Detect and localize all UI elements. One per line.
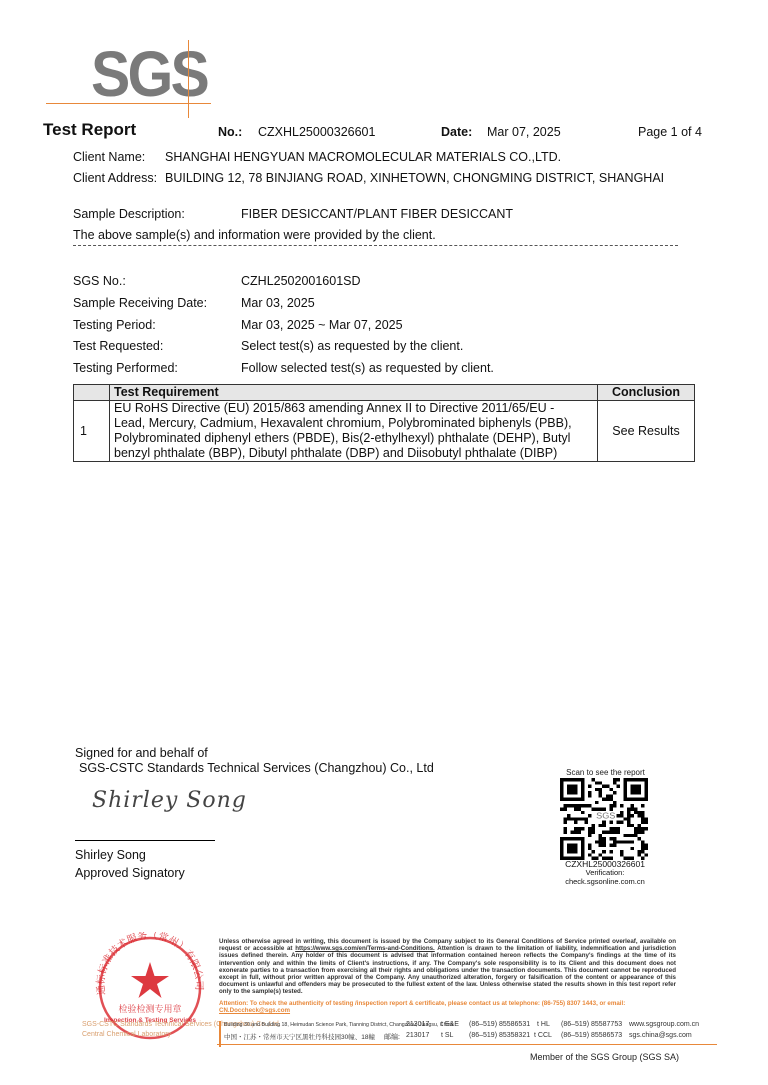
client-name-label: Client Name: [73, 150, 145, 164]
detail-label: Testing Period: [73, 318, 156, 332]
test-requirement-table: Test Requirement Conclusion 1EU RoHS Dir… [73, 384, 695, 462]
detail-label: Sample Receiving Date: [73, 296, 207, 310]
header-test-requirement: Test Requirement [110, 385, 598, 401]
sample-description: FIBER DESICCANT/PLANT FIBER DESICCANT [241, 207, 513, 221]
signatory-name: Shirley Song [75, 848, 146, 862]
detail-label: Testing Performed: [73, 361, 178, 375]
detail-value: Mar 03, 2025 [241, 296, 315, 310]
qr-verification-site[interactable]: check.sgsonline.com.cn [550, 877, 660, 886]
address-row-en: Building 30 and Building 18, Heimudan Sc… [224, 1021, 402, 1028]
detail-value: Mar 03, 2025 ~ Mar 07, 2025 [241, 318, 403, 332]
footer-rule [217, 1044, 717, 1045]
address-row-cn: 中国・江苏・常州市天宁区黑牡丹科技园30幢、18幢 邮编: 213017 t S… [224, 1032, 375, 1041]
legal-disclaimer: Unless otherwise agreed in writing, this… [219, 938, 676, 996]
requirement-line: EU RoHS Directive (EU) 2015/863 amending… [114, 401, 593, 416]
svg-text:SGS: SGS [596, 811, 615, 821]
phone-label-ccl: t CCL [534, 1032, 552, 1039]
sample-provided-note: The above sample(s) and information were… [73, 228, 436, 242]
page-number: Page 1 of 4 [638, 125, 702, 139]
row-number: 1 [74, 401, 110, 462]
signatory-role: Approved Signatory [75, 866, 185, 880]
svg-text:检验检测专用章: 检验检测专用章 [118, 1003, 181, 1015]
handwritten-signature: Shirley Song [92, 788, 247, 813]
phone-number-hl: (86–519) 85587753 [561, 1021, 622, 1028]
phone-number-ee: (86–519) 85586531 [469, 1021, 530, 1028]
terms-link[interactable]: https://www.sgs.com/en/Terms-and-Conditi… [295, 945, 435, 952]
detail-value: Follow selected test(s) as requested by … [241, 361, 494, 375]
phone-number-ccl: (86–519) 85586573 [561, 1032, 622, 1039]
detail-label: SGS No.: [73, 274, 126, 288]
logo-horizontal-rule [46, 103, 211, 104]
conclusion-cell: See Results [598, 401, 695, 462]
sgs-group-membership: Member of the SGS Group (SGS SA) [530, 1052, 679, 1062]
sgs-logo-text: SGS [91, 42, 207, 106]
report-date-label: Date: [441, 125, 472, 139]
sample-description-label: Sample Description: [73, 207, 185, 221]
signing-company: SGS-CSTC Standards Technical Services (C… [79, 761, 434, 775]
test-requirement-cell: EU RoHS Directive (EU) 2015/863 amending… [110, 401, 598, 462]
phone-label-sl: t SL [441, 1032, 453, 1039]
postcode-en: 213017 [406, 1021, 429, 1028]
postcode-cn: 213017 [406, 1032, 429, 1039]
table-row: 1EU RoHS Directive (EU) 2015/863 amendin… [74, 401, 695, 462]
website[interactable]: www.sgsgroup.com.cn [629, 1021, 699, 1028]
sgs-logo: SGS [46, 22, 206, 102]
dashed-divider [73, 245, 678, 246]
doccheck-email-link[interactable]: CN.Doccheck@sgs.com [219, 1007, 290, 1014]
attention-text: Attention: To check the authenticity of … [219, 1000, 625, 1007]
disclaimer-text-2: Attention is drawn to the limitation of … [219, 945, 676, 995]
qr-caption: Scan to see the report [558, 768, 653, 777]
report-date: Mar 07, 2025 [487, 125, 561, 139]
signature-line [75, 840, 215, 841]
qr-code-icon[interactable]: SGS [560, 778, 648, 860]
qr-verification-label: Verification: [550, 868, 660, 877]
detail-label: Test Requested: [73, 339, 163, 353]
logo-vertical-rule [188, 40, 189, 118]
report-number: CZXHL25000326601 [258, 125, 375, 139]
phone-label-ee: t E&E [441, 1021, 459, 1028]
signed-for-text: Signed for and behalf of [75, 746, 208, 760]
client-address: BUILDING 12, 78 BINJIANG ROAD, XINHETOWN… [165, 171, 664, 185]
table-header-row: Test Requirement Conclusion [74, 385, 695, 401]
header-conclusion: Conclusion [598, 385, 695, 401]
authenticity-attention: Attention: To check the authenticity of … [219, 1000, 679, 1014]
report-title: Test Report [43, 120, 136, 140]
address-cn: 中国・江苏・常州市天宁区黑牡丹科技园30幢、18幢 [224, 1034, 375, 1041]
report-number-label: No.: [218, 125, 242, 139]
contact-email[interactable]: sgs.china@sgs.com [629, 1032, 692, 1039]
requirement-line: Polybrominated diphenyl ethers (PBDE), B… [114, 431, 593, 446]
phone-number-sl: (86–519) 85358321 [469, 1032, 530, 1039]
postcode-cn-label: 邮编: [384, 1032, 400, 1042]
detail-value: Select test(s) as requested by the clien… [241, 339, 463, 353]
header-num [74, 385, 110, 401]
client-name: SHANGHAI HENGYUAN MACROMOLECULAR MATERIA… [165, 150, 561, 164]
detail-value: CZHL2502001601SD [241, 274, 361, 288]
phone-label-hl: t HL [537, 1021, 550, 1028]
address-en: Building 30 and Building 18, Heimudan Sc… [224, 1022, 393, 1028]
client-address-label: Client Address: [73, 171, 157, 185]
requirement-line: Lead, Mercury, Cadmium, Hexavalent chrom… [114, 416, 593, 431]
requirement-line: benzyl phthalate (BBP), Dibutyl phthalat… [114, 446, 593, 461]
